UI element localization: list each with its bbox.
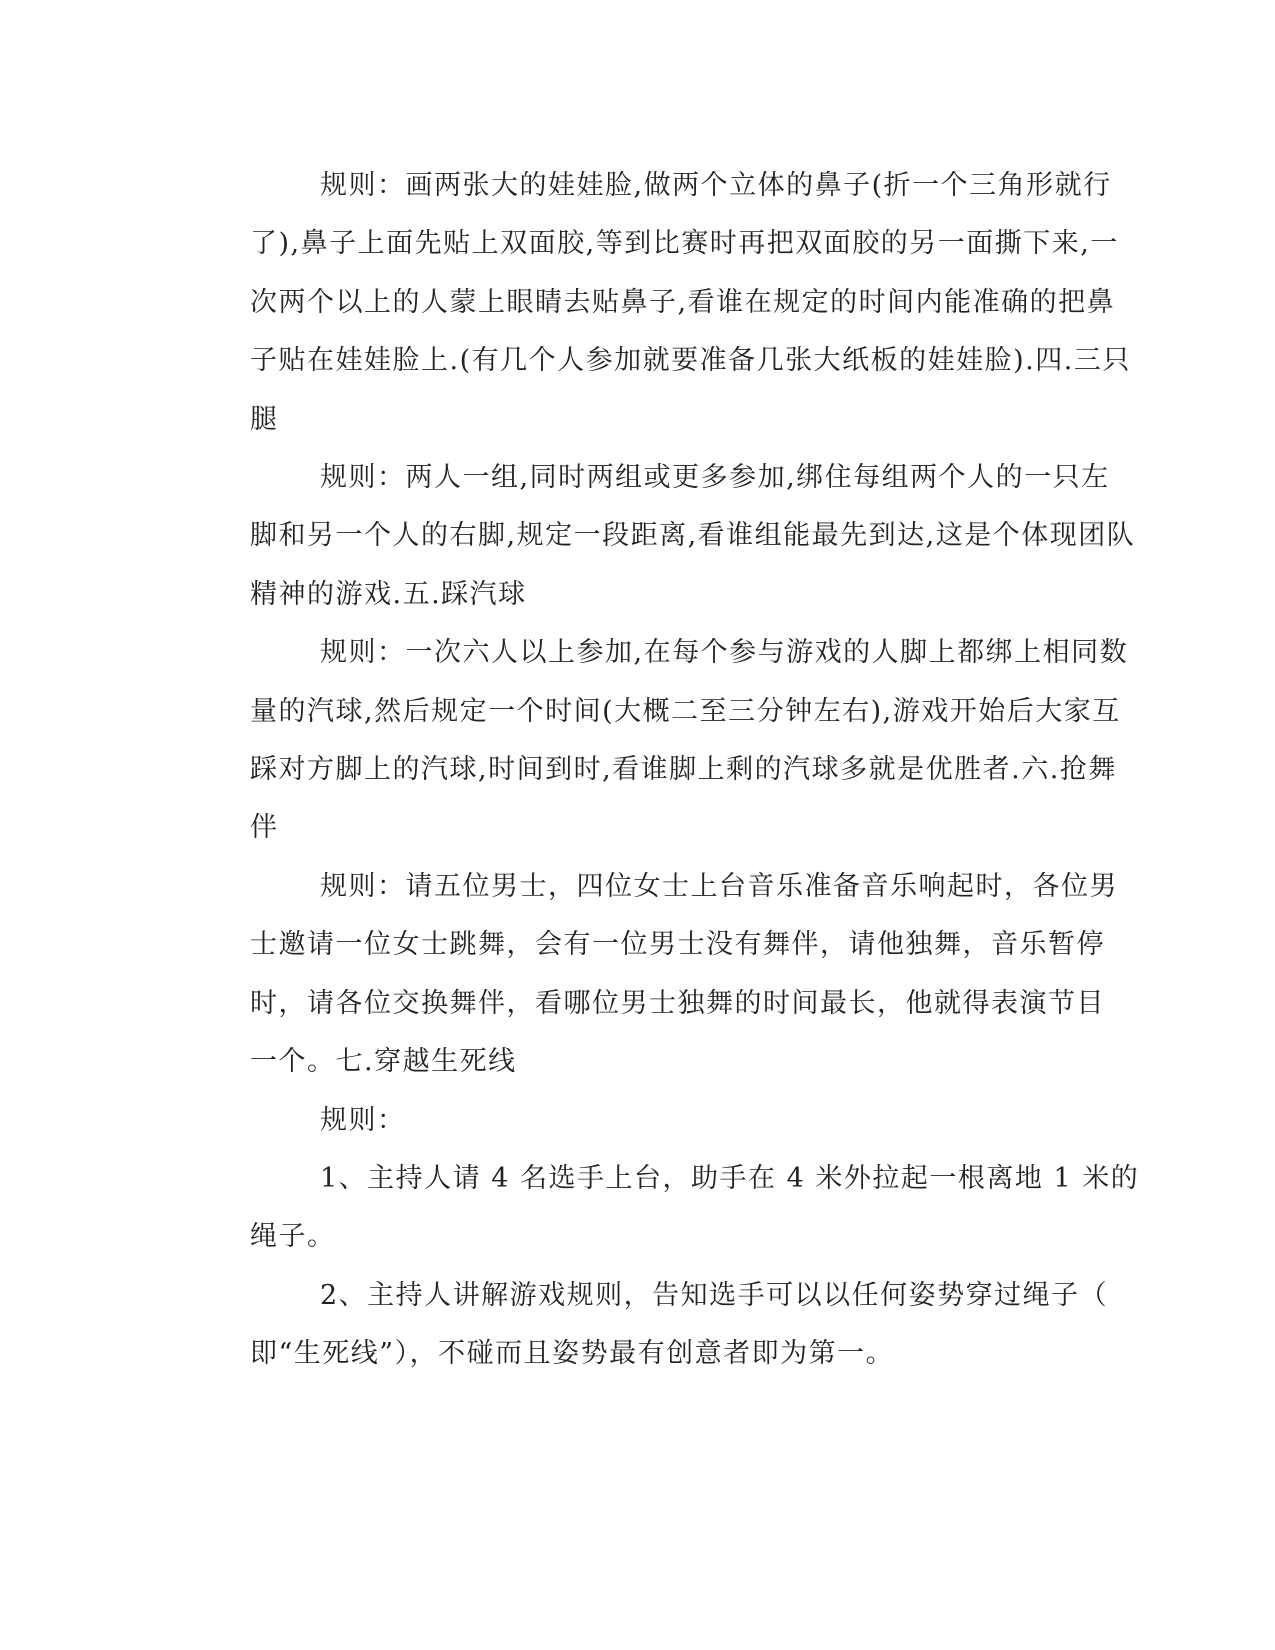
text-line: 2、主持人讲解游戏规则，告知选手可以以任何姿势穿过绳子（ [180, 1267, 1036, 1325]
text-line: 量的汽球,然后规定一个时间(大概二至三分钟左右),游戏开始后大家互 [180, 683, 1036, 741]
document-page: 规则：画两张大的娃娃脸,做两个立体的鼻子(折一个三角形就行 了),鼻子上面先贴上… [180, 157, 1036, 1384]
text-line: 1、主持人请 4 名选手上台，助手在 4 米外拉起一根离地 1 米的 [180, 1150, 1036, 1208]
text-line: 腿 [180, 391, 1036, 449]
text-line: 即“生死线”），不碰而且姿势最有创意者即为第一。 [180, 1325, 1036, 1383]
paragraph-rule-dance-partner: 规则：请五位男士，四位女士上台音乐准备音乐响起时，各位男 士邀请一位女士跳舞，会… [180, 858, 1036, 1092]
paragraph-rule-balloons: 规则：一次六人以上参加,在每个参与游戏的人脚上都绑上相同数 量的汽球,然后规定一… [180, 624, 1036, 858]
text-line: 绳子。 [180, 1208, 1036, 1266]
text-line: 踩对方脚上的汽球,时间到时,看谁脚上剩的汽球多就是优胜者.六.抢舞 [180, 741, 1036, 799]
text-line: 规则： [180, 1092, 1036, 1150]
text-line: 规则：两人一组,同时两组或更多参加,绑住每组两个人的一只左 [180, 449, 1036, 507]
paragraph-rule-heading: 规则： [180, 1092, 1036, 1150]
text-line: 士邀请一位女士跳舞，会有一位男士没有舞伴，请他独舞，音乐暂停 [180, 916, 1036, 974]
text-line: 时，请各位交换舞伴，看哪位男士独舞的时间最长，他就得表演节目 [180, 975, 1036, 1033]
paragraph-step-1: 1、主持人请 4 名选手上台，助手在 4 米外拉起一根离地 1 米的 绳子。 [180, 1150, 1036, 1267]
text-line: 子贴在娃娃脸上.(有几个人参加就要准备几张大纸板的娃娃脸).四.三只 [180, 332, 1036, 390]
paragraph-rule-three-legs: 规则：两人一组,同时两组或更多参加,绑住每组两个人的一只左 脚和另一个人的右脚,… [180, 449, 1036, 624]
text-line: 伴 [180, 799, 1036, 857]
text-line: 次两个以上的人蒙上眼睛去贴鼻子,看谁在规定的时间内能准确的把鼻 [180, 274, 1036, 332]
text-line: 规则：请五位男士，四位女士上台音乐准备音乐响起时，各位男 [180, 858, 1036, 916]
text-line: 了),鼻子上面先贴上双面胶,等到比赛时再把双面胶的另一面撕下来,一 [180, 215, 1036, 273]
text-line: 规则：一次六人以上参加,在每个参与游戏的人脚上都绑上相同数 [180, 624, 1036, 682]
text-line: 一个。七.穿越生死线 [180, 1033, 1036, 1091]
text-line: 脚和另一个人的右脚,规定一段距离,看谁组能最先到达,这是个体现团队 [180, 507, 1036, 565]
text-line: 精神的游戏.五.踩汽球 [180, 566, 1036, 624]
paragraph-rule-nose: 规则：画两张大的娃娃脸,做两个立体的鼻子(折一个三角形就行 了),鼻子上面先贴上… [180, 157, 1036, 449]
text-line: 规则：画两张大的娃娃脸,做两个立体的鼻子(折一个三角形就行 [180, 157, 1036, 215]
paragraph-step-2: 2、主持人讲解游戏规则，告知选手可以以任何姿势穿过绳子（ 即“生死线”），不碰而… [180, 1267, 1036, 1384]
